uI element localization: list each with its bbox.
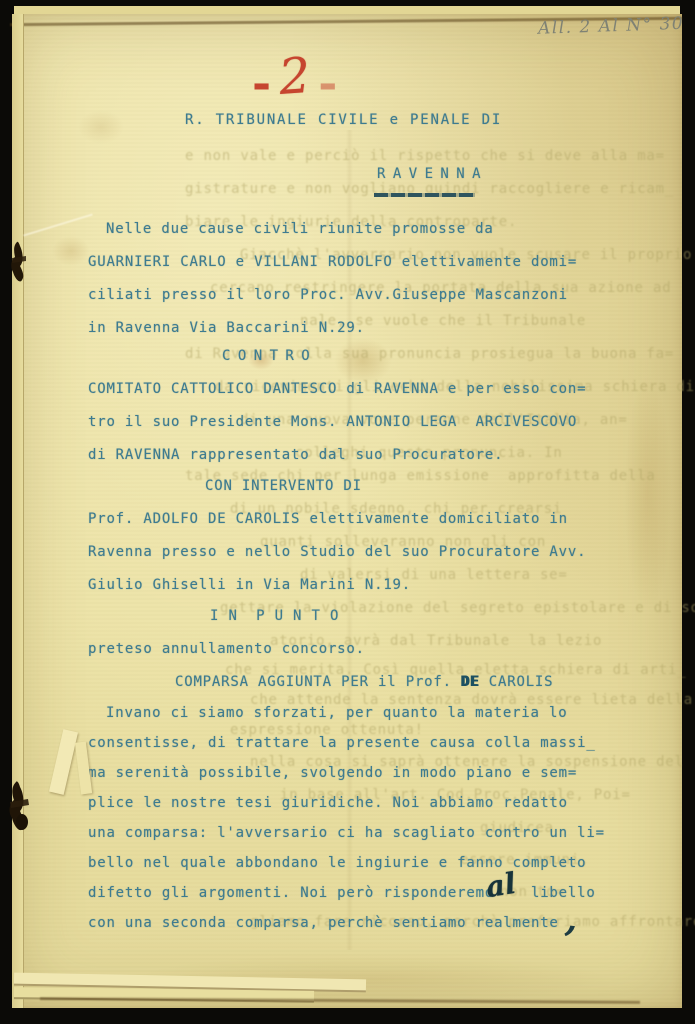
typed-line-text: difetto gli argomenti. Noi però risponde… — [88, 885, 596, 901]
typed-line: I N P U N T O — [210, 608, 339, 624]
scanned-document: All. 2 Al N° 30 - 2 - e non vale e perci… — [0, 0, 695, 1024]
typed-line-text: C O N T R O — [222, 348, 309, 364]
typed-line-post: CAROLIS — [480, 674, 554, 690]
typed-line: C O N T R O — [222, 348, 309, 364]
typed-line: tro il suo Presidente Mons. ANTONIO LEGA… — [88, 414, 577, 430]
page-number: - 2 - — [252, 48, 337, 105]
paper-stain — [78, 110, 124, 144]
typed-line: CON INTERVENTO DI — [205, 478, 362, 494]
typed-line: di RAVENNA rappresentato dal suo Procura… — [88, 447, 503, 463]
typed-line: ciliati presso il loro Proc. Avv.Giusepp… — [88, 287, 568, 303]
typed-line-text: Giulio Ghiselli in Via Marini N.19. — [88, 577, 411, 593]
typed-line: Nelle due cause civili riunite promosse … — [106, 221, 494, 237]
paper-stain — [52, 236, 90, 266]
typed-line: plice le nostre tesi giuridiche. Noi abb… — [88, 795, 568, 811]
typed-line-overstruck: DE — [461, 674, 479, 690]
staple-bottom — [2, 778, 36, 844]
typed-line-text: R. TRIBUNALE CIVILE e PENALE DI — [185, 112, 502, 128]
paper-stain — [624, 374, 672, 614]
typed-line: preteso annullamento concorso. — [88, 641, 365, 657]
typed-line: R A V E N N A — [377, 166, 480, 182]
typed-line: COMITATO CATTOLICO DANTESCO di RAVENNA e… — [88, 381, 586, 397]
typed-line-text: con una seconda comparsa, perchè sentiam… — [88, 915, 559, 931]
handwritten-correction: al — [484, 866, 519, 904]
typed-line-text: consentisse, di trattare la presente cau… — [88, 735, 596, 751]
page-left-edge — [12, 14, 24, 1008]
staple-top — [6, 240, 32, 292]
staple-top-icon — [6, 240, 32, 288]
typed-line-text: R A V E N N A — [377, 166, 480, 182]
typed-line: Prof. ADOLFO DE CAROLIS elettivamente do… — [88, 511, 568, 527]
typed-line: ma serenità possibile, svolgendo in modo… — [88, 765, 577, 781]
typed-line-text: Ravenna presso e nello Studio del suo Pr… — [88, 544, 586, 560]
typed-line: COMPARSA AGGIUNTA PER il Prof. DE CAROLI… — [175, 674, 553, 690]
typed-line-text: tro il suo Presidente Mons. ANTONIO LEGA… — [88, 414, 577, 430]
typed-line-text: in Ravenna Via Baccarini N.29. — [88, 320, 365, 336]
ravenna-underline — [374, 193, 475, 197]
typed-line: una comparsa: l'avversario ci ha scaglia… — [88, 825, 605, 841]
bleedthrough-line-text: e non vale e perciò il rispetto che si d… — [185, 148, 665, 164]
page-number-digit: 2 — [277, 47, 312, 106]
typed-line-text: GUARNIERI CARLO e VILLANI RODOLFO eletti… — [88, 254, 577, 270]
typed-line: difetto gli argomenti. Noi però risponde… — [88, 885, 596, 901]
typed-line-text: plice le nostre tesi giuridiche. Noi abb… — [88, 795, 568, 811]
typed-line-text: Nelle due cause civili riunite promosse … — [106, 221, 494, 237]
typed-line-text: I N P U N T O — [210, 608, 339, 624]
typed-line-text: Invano ci siamo sforzati, per quanto la … — [106, 705, 567, 721]
typed-line-text: CON INTERVENTO DI — [205, 478, 362, 494]
typed-line-text: ma serenità possibile, svolgendo in modo… — [88, 765, 577, 781]
typed-line: in Ravenna Via Baccarini N.29. — [88, 320, 365, 336]
typed-line: Ravenna presso e nello Studio del suo Pr… — [88, 544, 586, 560]
typed-line: GUARNIERI CARLO e VILLANI RODOLFO eletti… — [88, 254, 577, 270]
staple-bottom-icon — [2, 778, 36, 840]
typed-line-text: ciliati presso il loro Proc. Avv.Giusepp… — [88, 287, 568, 303]
typed-line-text: di RAVENNA rappresentato dal suo Procura… — [88, 447, 503, 463]
typed-line: R. TRIBUNALE CIVILE e PENALE DI — [185, 112, 502, 128]
typed-line-pre: COMPARSA AGGIUNTA PER il Prof. — [175, 674, 461, 690]
typed-line-text: una comparsa: l'avversario ci ha scaglia… — [88, 825, 605, 841]
typed-line: consentisse, di trattare la presente cau… — [88, 735, 596, 751]
typed-line-text: Prof. ADOLFO DE CAROLIS elettivamente do… — [88, 511, 568, 527]
typed-line-text: COMITATO CATTOLICO DANTESCO di RAVENNA e… — [88, 381, 586, 397]
bleedthrough-line: e non vale e perciò il rispetto che si d… — [185, 148, 665, 164]
typed-line: Giulio Ghiselli in Via Marini N.19. — [88, 577, 411, 593]
typed-line: con una seconda comparsa, perchè sentiam… — [88, 915, 559, 931]
typed-line: Invano ci siamo sforzati, per quanto la … — [106, 705, 567, 721]
typed-line-text: preteso annullamento concorso. — [88, 641, 365, 657]
